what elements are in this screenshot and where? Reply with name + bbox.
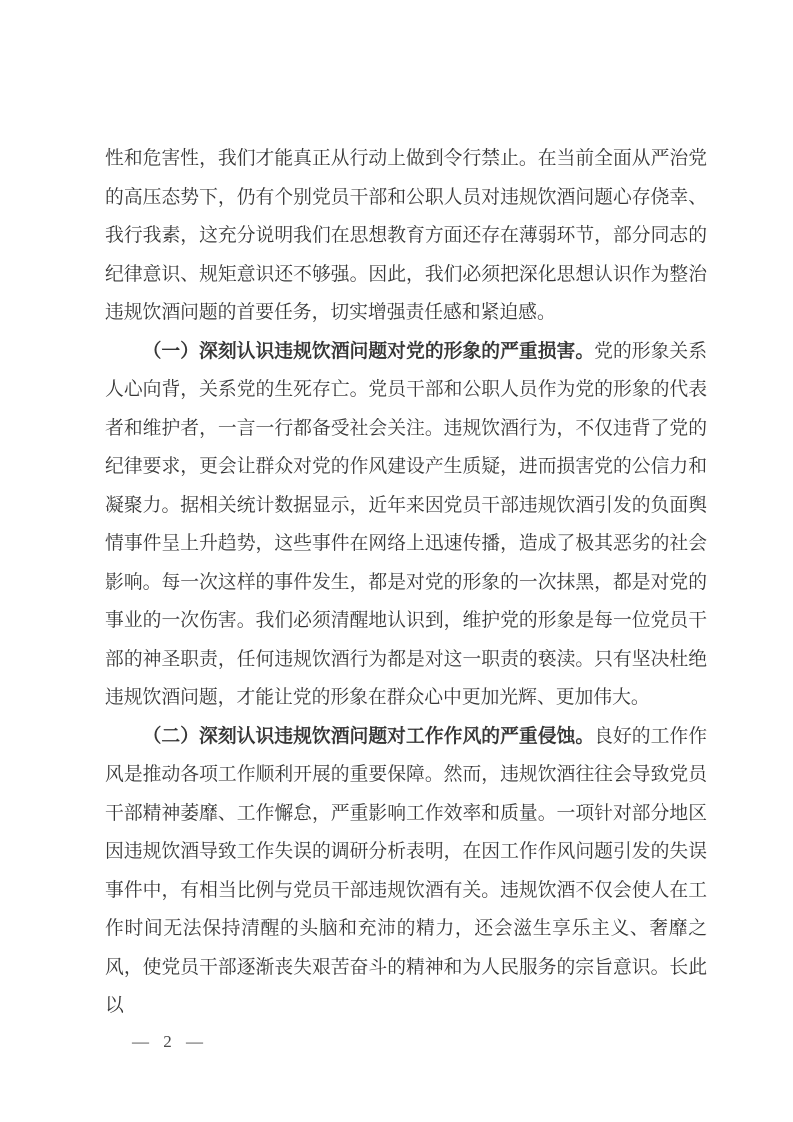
text-segment: 性和危害性，我们才能真正从行动上做到令行禁止。在当前全面从严治党的高压态势下，仍… [105,148,707,323]
section-heading: （一）深刻认识违规饮酒问题对党的形象的严重损害。 [143,341,595,362]
para-section-1: （一）深刻认识违规饮酒问题对党的形象的严重损害。党的形象关系人心向背，关系党的生… [105,333,707,718]
para-continuation: 性和危害性，我们才能真正从行动上做到令行禁止。在当前全面从严治党的高压态势下，仍… [105,140,707,333]
document-page: 性和危害性，我们才能真正从行动上做到令行禁止。在当前全面从严治党的高压态势下，仍… [0,0,793,1122]
page-number: — 2 — [132,1031,208,1053]
text-segment: 良好的工作作风是推动各项工作顺利开展的重要保障。然而，违规饮酒往往会导致党员干部… [105,726,707,1017]
para-section-2: （二）深刻认识违规饮酒问题对工作作风的严重侵蚀。良好的工作作风是推动各项工作顺利… [105,718,707,1026]
section-heading: （二）深刻认识违规饮酒问题对工作作风的严重侵蚀。 [143,726,595,747]
text-segment: 党的形象关系人心向背，关系党的生死存亡。党员干部和公职人员作为党的形象的代表者和… [105,341,707,709]
document-body: 性和危害性，我们才能真正从行动上做到令行禁止。在当前全面从严治党的高压态势下，仍… [105,140,707,1026]
